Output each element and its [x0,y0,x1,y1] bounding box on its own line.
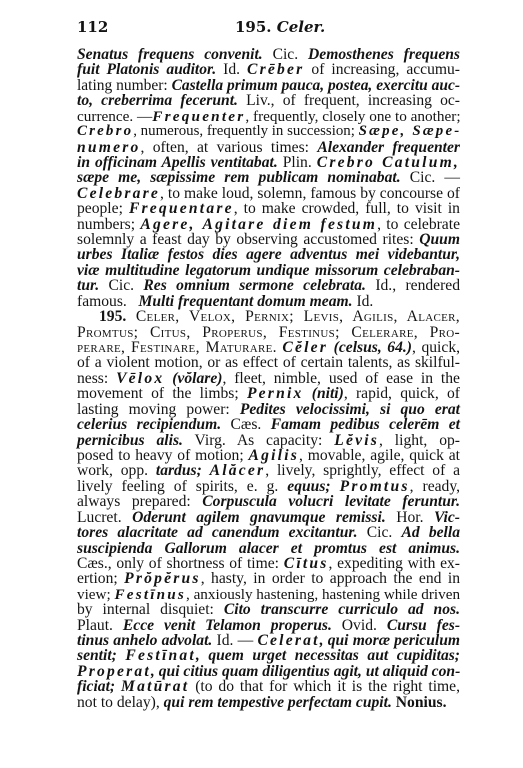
text-line: fuit Platonis auditor. Id. Crēber of inc… [77,62,460,77]
text-line: ertion; Prŏpĕrus, hasty, in order to app… [77,571,460,586]
text-line: movement of the limbs; Pernix (niti), ra… [77,386,460,401]
text-line: ness: Vēlox (vŏlare), fleet, nimble, use… [77,371,460,386]
text-line: Properat, qui citius quam diligentius ag… [77,664,460,679]
text-line: Plaut. Ecce venit Telamon properus. Ovid… [77,618,460,633]
text-line: tores alacritate ad canendum excitantur.… [77,525,460,540]
text-line: solemnly a feast day by observing accust… [77,232,460,247]
book-page: 112 195. Celer. Senatus frequens conveni… [0,0,523,768]
text-line: in officinam Apellis ventitabat. Plin. C… [77,155,460,170]
text-line: view; Festīnus, anxiously hastening, has… [77,587,460,602]
text-line: numbers; Agere, Agitare diem festum, to … [77,217,460,232]
text-line: sentit; Festīnat, quem urget necessitas … [77,648,460,663]
text-line: Celebrare, to make loud, solemn, famous … [77,186,460,201]
text-line: posed to heavy of motion; Agilis, movabl… [77,448,460,463]
page-body-text: Senatus frequens convenit. Cic. Demosthe… [77,47,460,710]
text-line: Senatus frequens convenit. Cic. Demosthe… [77,47,460,62]
text-line: celerius recipiendum. Cæs. Famam pedibus… [77,417,460,432]
section-number: 195. [235,18,272,36]
text-line: viæ multitudine legatorum undique missor… [77,263,460,278]
text-line: currence. —Frequenter, frequently, close… [77,109,460,124]
page-number: 112 [77,18,108,36]
text-line: Cæs., only of shortness of time: Cītus, … [77,556,460,571]
text-line: famous. Multi frequentant domum meam. Id… [77,294,460,309]
text-line: always prepared: Corpuscula volucri levi… [77,494,460,509]
text-line: to, creberrima fecerunt. Liv., of freque… [77,93,460,108]
section-title: 195. Celer. [235,18,325,36]
text-line: tur. Cic. Res omnium sermone celebrata. … [77,278,460,293]
text-line: work, opp. tardus; Alăcer, lively, sprig… [77,463,460,478]
text-line: Crebro, numerous, frequently in successi… [77,124,460,139]
text-line: lively feeling of spirits, e. g. equus; … [77,479,460,494]
text-line: lating number: Castella primum pauca, po… [77,78,460,93]
text-line: urbes Italiæ festos dies agere adventus … [77,247,460,262]
text-line: by internal disquiet: Cito transcurre cu… [77,602,460,617]
text-line: not to delay), qui rem tempestive perfec… [77,695,460,710]
text-line: Lucret. Oderunt agilem gnavumque remissi… [77,510,460,525]
text-line: ficiat; Matūrat (to do that for which it… [77,679,460,694]
text-line: of a violent motion, or as effect of cer… [77,355,460,370]
section-heading-line: 195. Celer, Velox, Pernix; Levis, Agilis… [77,309,460,324]
text-line: people; Frequentare, to make crowded, fu… [77,201,460,216]
text-line: sæpe me, sæpissime rem publicam nominaba… [77,170,460,185]
text-line: Promtus; Citus, Properus, Festinus; Cele… [77,325,460,340]
text-line: lasting moving power: Pedites velocissim… [77,402,460,417]
text-line: tinus anhelo advolat. Id. — Celerat, qui… [77,633,460,648]
text-line: pernicibus alis. Virg. As capacity: Lĕvi… [77,433,460,448]
text-line: perare, Festinare, Maturare. Cĕler (cels… [77,340,460,355]
section-word: Celer. [277,18,325,36]
text-line: suscipienda Gallorum alacer et promtus e… [77,541,460,556]
text-line: numero, often, at various times: Alexand… [77,140,460,155]
running-header: 112 195. Celer. [77,18,460,40]
